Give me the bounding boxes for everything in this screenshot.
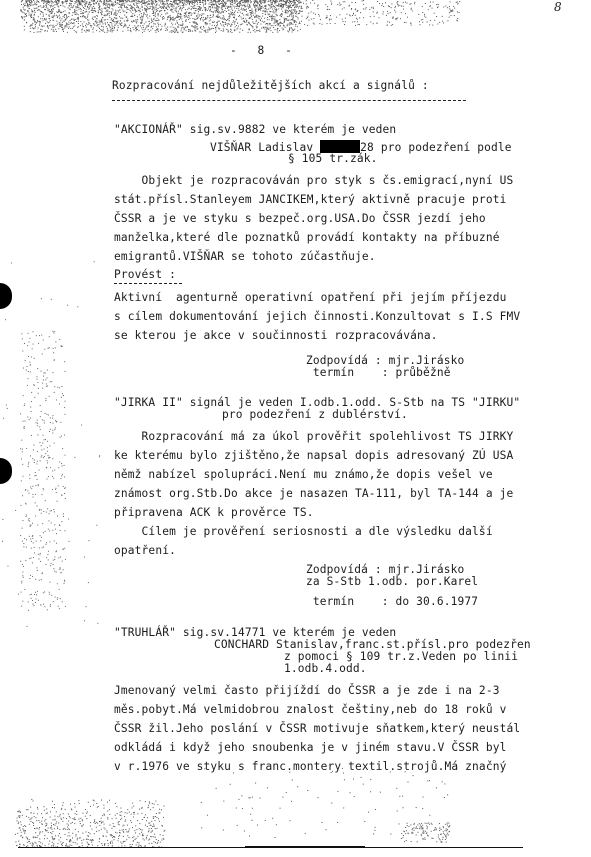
punch-hole-bottom [0, 458, 12, 484]
deadline: termín : do 30.6.1977 [306, 595, 478, 608]
action-heading: Provést : [114, 268, 176, 281]
body-line: odkládá i když jeho snoubenka je v jiném… [114, 741, 506, 754]
body-line: Objekt je rozpracováván pro styk s čs.em… [114, 174, 513, 187]
body-line: připravena ACK k prověrce TS. [114, 506, 314, 519]
action-line: s cílem dokumentování jejich činnosti.Ko… [114, 310, 520, 323]
page-heading: Rozpracování nejdůležitějších akcí a sig… [112, 79, 429, 92]
heading-rule [112, 100, 466, 101]
scan-noise-left [0, 250, 110, 850]
body-line: opatření. [114, 544, 176, 557]
document-page: 8 - 8 - Rozpracování nejdůležitějších ak… [0, 0, 591, 857]
action-line: Aktivní agenturně operativní opatření př… [114, 291, 506, 304]
deadline: termín : průběžně [306, 366, 451, 379]
scan-noise-bottom [0, 767, 591, 857]
bottom-scan-edge-thick [245, 846, 365, 848]
body-line: Rozpracování má za úkol prověřit spolehl… [114, 430, 513, 443]
subject-line: 1.odb.4.odd. [284, 662, 367, 675]
action-line: se kterou je akce v součinnosti rozpraco… [114, 329, 438, 342]
body-line: Jmenovaný velmi často přijíždí do ČSSR a… [114, 684, 500, 697]
body-line: emigrantů.VIŠŇAR se tohoto zúčastňuje. [114, 250, 376, 263]
body-line: ke kterému bylo zjištěno,že napsal dopis… [114, 449, 513, 462]
body-line: měs.pobyt.Má velmidobrou znalost češtiny… [114, 703, 506, 716]
body-line: manželka,které dle poznatků provádí kont… [114, 231, 500, 244]
body-line: ČSSR a je ve styku s bezpeč.org.USA.Do Č… [114, 212, 486, 225]
body-line: Cílem je prověření seriosnosti a dle výs… [114, 525, 493, 538]
section-title: "AKCIONÁŘ" sig.sv.9882 ve kterém je vede… [114, 123, 396, 136]
corner-handwritten-mark: 8 [554, 0, 562, 14]
responsible-secondary: za S-Stb 1.odb. por.Karel [306, 575, 478, 588]
body-line: v r.1976 ve styku s franc.montery textil… [114, 760, 506, 773]
subject-suffix: 28 pro podezření podle [360, 141, 511, 154]
body-line: němž nabízel spolupráci.Není mu známo,že… [114, 468, 493, 481]
punch-hole-top [0, 283, 12, 309]
scan-noise-top [0, 0, 591, 60]
page-number: - 8 - [230, 44, 292, 57]
subject-paragraph-ref: § 105 tr.zák. [288, 152, 378, 165]
action-heading-rule [114, 283, 182, 284]
body-line: známost org.Stb.Do akce je nasazen TA-11… [114, 487, 513, 500]
body-line: ČSSR žil.Jeho poslání v ČSSR motivuje sň… [114, 722, 520, 735]
body-line: stát.přísl.Stanleyem JANCIKEM,který akti… [114, 193, 506, 206]
section-title-continued: pro podezření z dublérství. [222, 408, 408, 421]
